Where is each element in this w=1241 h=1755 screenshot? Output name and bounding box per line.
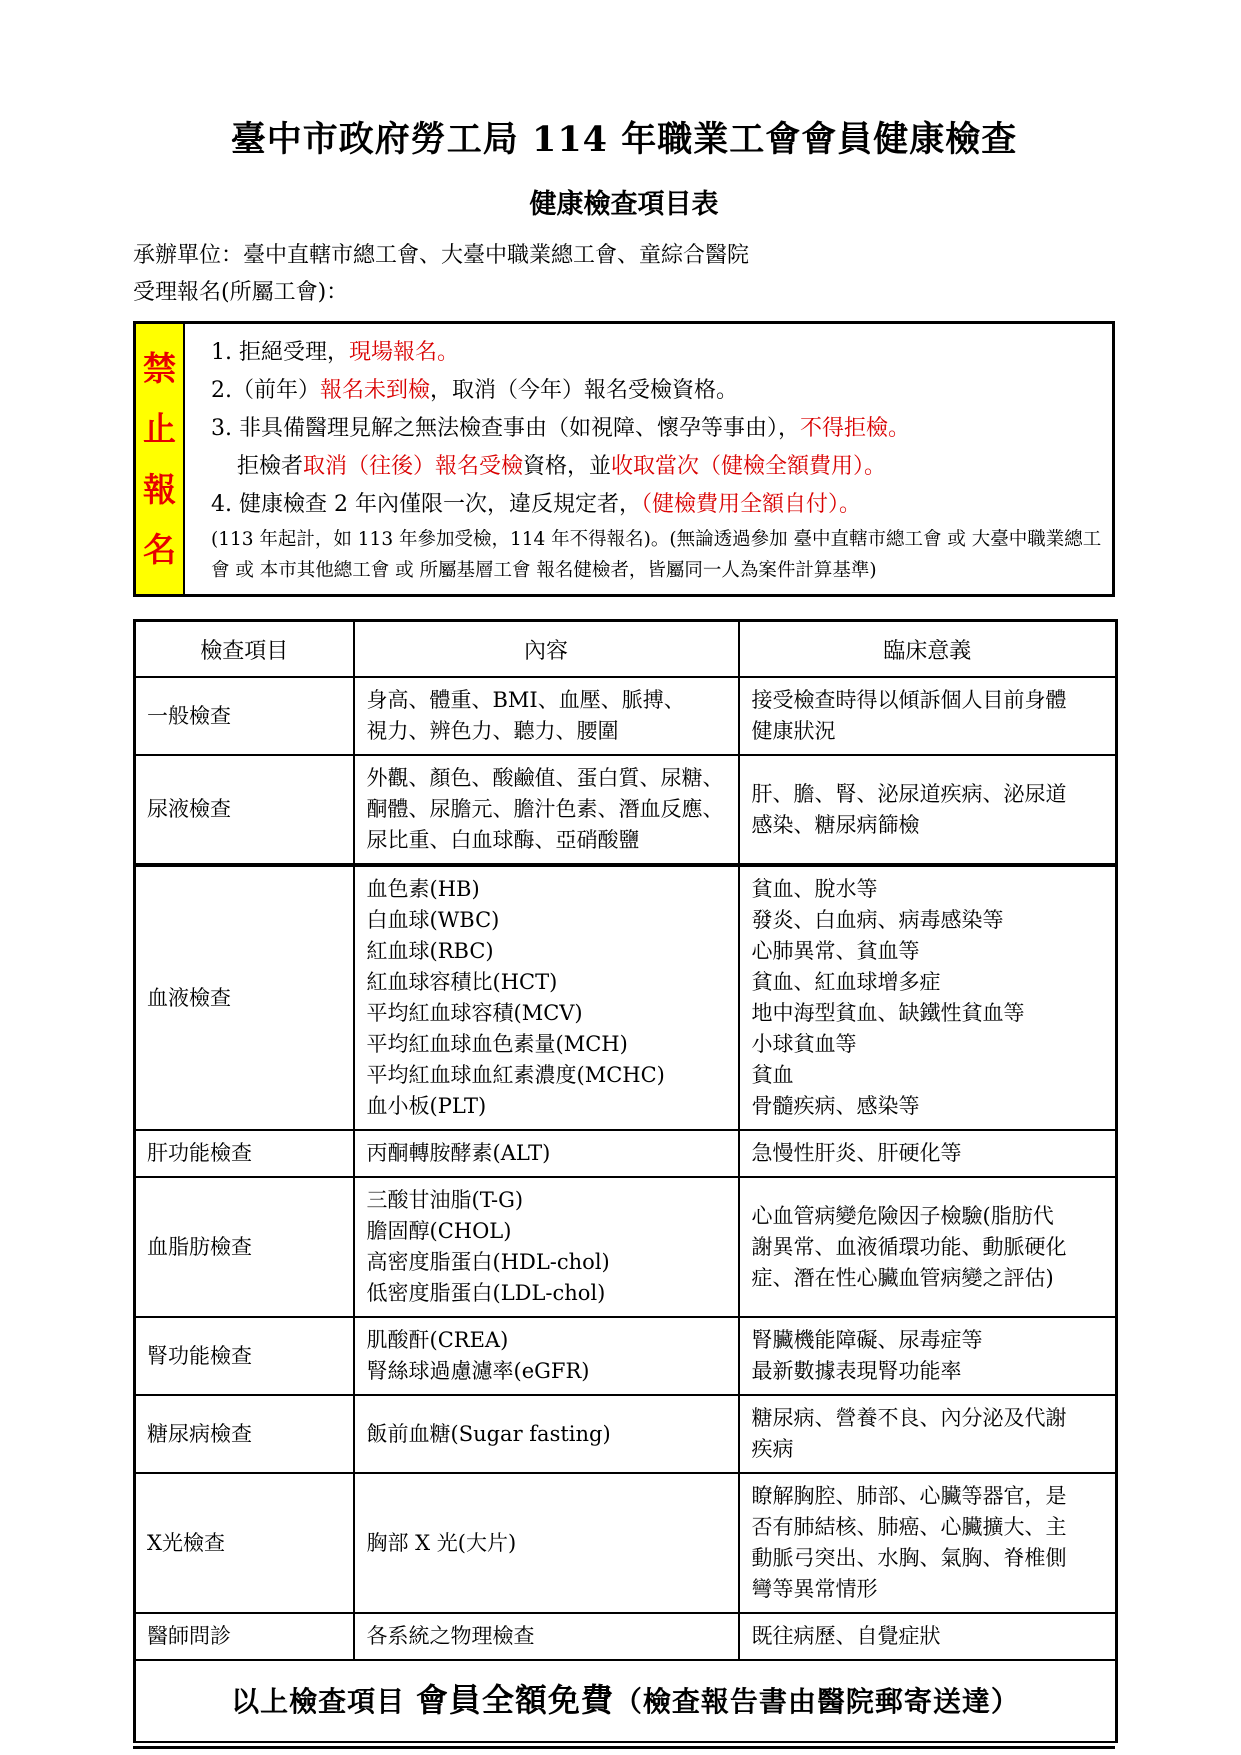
notice-red-text: 不得拒檢。	[800, 416, 910, 441]
table-row: 肝功能檢查丙酮轉胺酵素(ALT)急慢性肝炎、肝硬化等	[135, 1130, 1117, 1177]
exam-item-cell: 尿液檢查	[135, 755, 354, 865]
free-of-charge-text: 以上檢查項目	[231, 1685, 416, 1718]
notice-red-text: 報名未到檢	[320, 378, 430, 403]
exam-table-body: 一般檢查身高、體重、BMI、血壓、脈搏、視力、辨色力、聽力、腰圍接受檢查時得以傾…	[135, 677, 1117, 1660]
exam-content-cell: 飯前血糖(Sugar fasting)	[354, 1395, 739, 1473]
table-row: 血脂肪檢查三酸甘油脂(T-G)膽固醇(CHOL)高密度脂蛋白(HDL-chol)…	[135, 1177, 1117, 1317]
exam-table-header: 檢查項目 內容 臨床意義	[135, 621, 1117, 678]
header-content: 內容	[354, 621, 739, 678]
exam-item-cell: 肝功能檢查	[135, 1130, 354, 1177]
exam-item-cell: 醫師問診	[135, 1613, 354, 1660]
table-row: X光檢查胸部 X 光(大片)瞭解胸腔、肺部、心臟等器官，是否有肺結核、肺癌、心臟…	[135, 1473, 1117, 1613]
notice-red-text: （健檢費用全額自付）。	[641, 492, 861, 517]
exam-content-cell: 三酸甘油脂(T-G)膽固醇(CHOL)高密度脂蛋白(HDL-chol)低密度脂蛋…	[354, 1177, 739, 1317]
forbidden-banner-char: 名	[143, 533, 176, 566]
exam-content-cell: 身高、體重、BMI、血壓、脈搏、視力、辨色力、聽力、腰圍	[354, 677, 739, 755]
header-clinical-meaning: 臨床意義	[739, 621, 1117, 678]
clinical-meaning-cell: 腎臟機能障礙、尿毒症等最新數據表現腎功能率	[739, 1317, 1117, 1395]
exam-content-cell: 外觀、顏色、酸鹼值、蛋白質、尿糖、酮體、尿膽元、膽汁色素、潛血反應、尿比重、白血…	[354, 755, 739, 865]
exam-content-cell: 丙酮轉胺酵素(ALT)	[354, 1130, 739, 1177]
exam-content-cell: 血色素(HB)白血球(WBC)紅血球(RBC)紅血球容積比(HCT)平均紅血球容…	[354, 865, 739, 1130]
organizer-line: 承辦單位：臺中直轄市總工會、大臺中職業總工會、童綜合醫院	[133, 237, 1115, 274]
notice-item: 1. 拒絕受理，現場報名。	[211, 334, 1102, 372]
notice-text: 1. 拒絕受理，	[211, 340, 349, 365]
notice-item: 3. 非具備醫理見解之無法檢查事由（如視障、懷孕等事由），不得拒檢。	[211, 410, 1102, 448]
free-of-charge-banner: 以上檢查項目 會員全額免費（檢查報告書由醫院郵寄送達）	[135, 1660, 1117, 1742]
table-row: 尿液檢查外觀、顏色、酸鹼值、蛋白質、尿糖、酮體、尿膽元、膽汁色素、潛血反應、尿比…	[135, 755, 1117, 865]
notice-item: 2.（前年）報名未到檢，取消（今年）報名受檢資格。	[211, 372, 1102, 410]
clinical-meaning-cell: 肝、膽、腎、泌尿道疾病、泌尿道感染、糖尿病篩檢	[739, 755, 1117, 865]
exam-item-cell: 一般檢查	[135, 677, 354, 755]
clinical-meaning-cell: 心血管病變危險因子檢驗(脂肪代謝異常、血液循環功能、動脈硬化症、潛在性心臟血管病…	[739, 1177, 1117, 1317]
exam-content-cell: 肌酸酐(CREA)腎絲球過慮濾率(eGFR)	[354, 1317, 739, 1395]
page-subtitle: 健康檢查項目表	[133, 182, 1115, 221]
notice-box: 禁止報名 1. 拒絕受理，現場報名。2.（前年）報名未到檢，取消（今年）報名受檢…	[133, 321, 1115, 597]
notice-text: 4. 健康檢查 2 年內僅限一次，違反規定者，	[211, 492, 641, 517]
notice-red-text: 取消（往後）報名受檢	[303, 454, 523, 479]
forbidden-banner-char: 止	[143, 412, 176, 445]
forbidden-banner-char: 報	[143, 473, 176, 506]
table-row: 血液檢查血色素(HB)白血球(WBC)紅血球(RBC)紅血球容積比(HCT)平均…	[135, 865, 1117, 1130]
footer-row: 以上檢查項目 會員全額免費（檢查報告書由醫院郵寄送達）	[135, 1660, 1117, 1742]
exam-item-cell: 血脂肪檢查	[135, 1177, 354, 1317]
clinical-meaning-cell: 糖尿病、營養不良、內分泌及代謝疾病	[739, 1395, 1117, 1473]
exam-item-cell: X光檢查	[135, 1473, 354, 1613]
header-row: 檢查項目 內容 臨床意義	[135, 621, 1117, 678]
table-bottom-rule	[133, 1746, 1115, 1749]
notice-text: 資格，並	[523, 454, 611, 479]
exam-item-cell: 血液檢查	[135, 865, 354, 1130]
clinical-meaning-cell: 既往病歷、自覺症狀	[739, 1613, 1117, 1660]
clinical-meaning-cell: 接受檢查時得以傾訴個人目前身體健康狀況	[739, 677, 1117, 755]
free-of-charge-text: 會員全額免費	[416, 1681, 614, 1719]
exam-item-cell: 糖尿病檢查	[135, 1395, 354, 1473]
notice-text: 3. 非具備醫理見解之無法檢查事由（如視障、懷孕等事由），	[211, 416, 800, 441]
registration-line: 受理報名(所屬工會)：	[133, 274, 1115, 311]
notice-text: 拒檢者	[237, 454, 303, 479]
exam-item-cell: 腎功能檢查	[135, 1317, 354, 1395]
table-row: 糖尿病檢查飯前血糖(Sugar fasting)糖尿病、營養不良、內分泌及代謝疾…	[135, 1395, 1117, 1473]
notice-list: 1. 拒絕受理，現場報名。2.（前年）報名未到檢，取消（今年）報名受檢資格。3.…	[185, 324, 1112, 594]
table-row: 一般檢查身高、體重、BMI、血壓、脈搏、視力、辨色力、聽力、腰圍接受檢查時得以傾…	[135, 677, 1117, 755]
forbidden-banner: 禁止報名	[136, 324, 185, 594]
exam-table-footer: 以上檢查項目 會員全額免費（檢查報告書由醫院郵寄送達）	[135, 1660, 1117, 1742]
forbidden-banner-char: 禁	[143, 352, 176, 385]
table-row: 腎功能檢查肌酸酐(CREA)腎絲球過慮濾率(eGFR)腎臟機能障礙、尿毒症等最新…	[135, 1317, 1117, 1395]
table-row: 醫師問診各系統之物理檢查既往病歷、自覺症狀	[135, 1613, 1117, 1660]
header-exam-item: 檢查項目	[135, 621, 354, 678]
clinical-meaning-cell: 急慢性肝炎、肝硬化等	[739, 1130, 1117, 1177]
notice-red-text: 現場報名。	[349, 340, 459, 365]
exam-content-cell: 胸部 X 光(大片)	[354, 1473, 739, 1613]
notice-item: 4. 健康檢查 2 年內僅限一次，違反規定者，（健檢費用全額自付）。	[211, 486, 1102, 524]
clinical-meaning-cell: 瞭解胸腔、肺部、心臟等器官，是否有肺結核、肺癌、心臟擴大、主動脈弓突出、水胸、氣…	[739, 1473, 1117, 1613]
notice-text: ，取消（今年）報名受檢資格。	[430, 378, 738, 403]
notice-red-text: 收取當次（健檢全額費用）。	[611, 454, 886, 479]
notice-text: 2.（前年）	[211, 378, 320, 403]
notice-item: 拒檢者取消（往後）報名受檢資格，並收取當次（健檢全額費用）。	[211, 448, 1102, 486]
notice-item: (113 年起計，如 113 年參加受檢，114 年不得報名)。(無論透過參加 …	[211, 524, 1102, 586]
exam-table: 檢查項目 內容 臨床意義 一般檢查身高、體重、BMI、血壓、脈搏、視力、辨色力、…	[133, 619, 1118, 1743]
clinical-meaning-cell: 貧血、脫水等發炎、白血病、病毒感染等心肺異常、貧血等貧血、紅血球增多症地中海型貧…	[739, 865, 1117, 1130]
notice-text: (113 年起計，如 113 年參加受檢，114 年不得報名)。(無論透過參加 …	[211, 529, 1101, 581]
exam-content-cell: 各系統之物理檢查	[354, 1613, 739, 1660]
free-of-charge-text: （檢查報告書由醫院郵寄送達）	[614, 1685, 1020, 1718]
document-page: 臺中市政府勞工局 114 年職業工會會員健康檢查 健康檢查項目表 承辦單位：臺中…	[0, 0, 1115, 1749]
page-title: 臺中市政府勞工局 114 年職業工會會員健康檢查	[133, 112, 1115, 162]
